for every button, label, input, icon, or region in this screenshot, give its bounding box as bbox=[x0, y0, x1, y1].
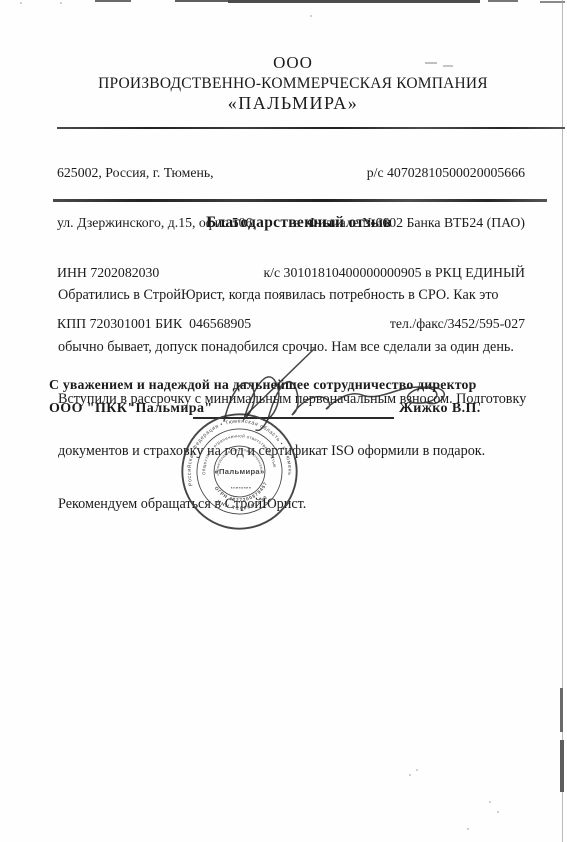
signature-stroke bbox=[224, 377, 444, 421]
scan-artifact-top-line bbox=[488, 0, 518, 2]
company-name: «ПАЛЬМИРА» bbox=[25, 93, 561, 114]
address-line: 625002, Россия, г. Тюмень, bbox=[57, 165, 256, 182]
divider-bottom bbox=[53, 199, 547, 202]
scan-artifact-top-line bbox=[175, 0, 245, 2]
scan-speck bbox=[467, 828, 469, 830]
signature-tail-stroke bbox=[256, 419, 268, 430]
divider-top bbox=[57, 127, 565, 129]
scan-artifact-top-line bbox=[540, 1, 565, 3]
scan-artifact-top-line bbox=[228, 0, 480, 3]
signature-flourish-stroke bbox=[246, 349, 314, 415]
scan-artifact-top-line bbox=[95, 0, 131, 2]
document-title: Благодарственный отзыв bbox=[25, 214, 567, 232]
scan-speck bbox=[60, 2, 62, 4]
stamp-center-name: «Пальмира» bbox=[214, 467, 264, 476]
bank-account-line: р/с 40702810500020005666 bbox=[263, 165, 525, 182]
scan-artifact-right-edge bbox=[560, 688, 563, 732]
scan-speck bbox=[409, 774, 411, 776]
handwritten-signature bbox=[180, 345, 460, 440]
scan-speck bbox=[310, 15, 312, 17]
company-descriptor: ПРОИЗВОДСТВЕННО-КОММЕРЧЕСКАЯ КОМПАНИЯ bbox=[25, 75, 561, 93]
scan-speck bbox=[416, 769, 418, 771]
scan-speck bbox=[20, 2, 22, 4]
stamp-company-word: компания bbox=[231, 486, 252, 490]
scan-artifact-right-edge bbox=[560, 740, 564, 792]
scan-speck bbox=[497, 811, 499, 813]
scan-speck bbox=[489, 801, 491, 803]
scanned-letter-page: ООО ПРОИЗВОДСТВЕННО-КОММЕРЧЕСКАЯ КОМПАНИ… bbox=[0, 0, 567, 842]
body-line: Обратились в СтройЮрист, когда появилась… bbox=[58, 287, 526, 304]
org-type: ООО bbox=[25, 53, 561, 73]
